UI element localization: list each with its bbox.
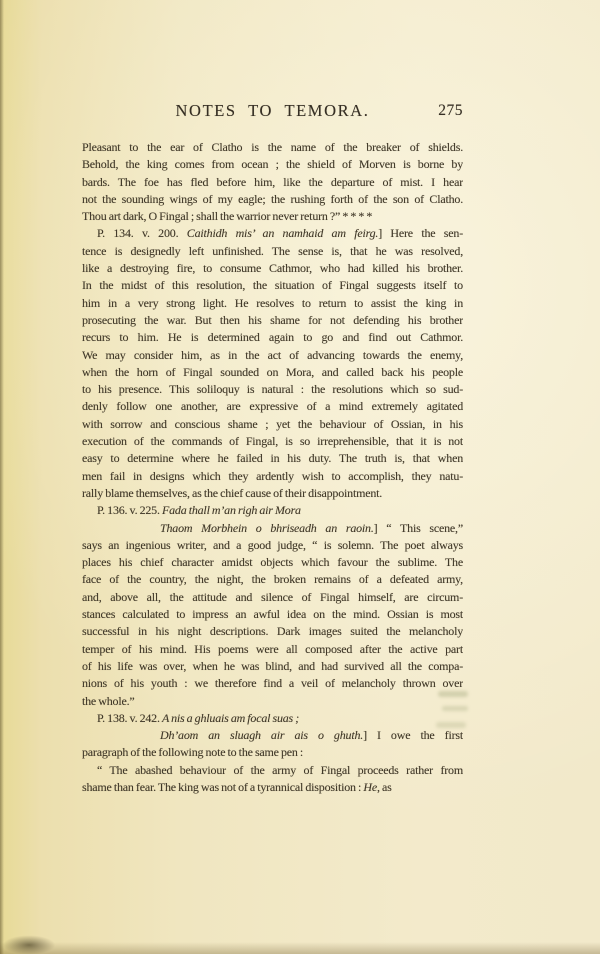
body-text: Thou art dark, O Fingal ; shall the warr… (82, 209, 372, 223)
body-text: denly follow one another, are expressive… (82, 399, 463, 413)
body-text: , as (377, 780, 392, 794)
body-text: not the sounding wings of my eagle; the … (82, 192, 463, 206)
gaelic-italic-text: He (363, 780, 377, 794)
body-text: shame than fear. The king was not of a t… (82, 780, 363, 794)
body-text: like a destroying fire, to consume Cathm… (82, 261, 463, 275)
body-text: bards. The foe has fled before him, like… (82, 175, 463, 189)
text-line: Pleasant to the ear of Clatho is the nam… (82, 139, 463, 156)
text-line: with sorrow and conscious shame ; yet th… (82, 416, 463, 433)
gaelic-italic-text: Fada thall m’an righ air Mora (162, 503, 301, 517)
text-line: P. 134. v. 200. Caithidh mis’ an namhaid… (82, 225, 463, 242)
gaelic-italic-text: A nis a ghluais am focal suas ; (162, 711, 299, 725)
text-line: Thaom Morbhein o bhriseadh an raoin.] “ … (82, 520, 463, 537)
body-text: tence is designedly left unfinished. The… (82, 244, 463, 258)
body-text: ] Here the sen- (378, 226, 463, 240)
body-text: We may consider him, as in the act of ad… (82, 348, 463, 362)
body-text: men fail in designs which they ardently … (82, 469, 463, 483)
text-line: recurs to him. He is determined again to… (82, 329, 463, 346)
gaelic-italic-text: Dh’aom an sluagh air ais o ghuth. (160, 728, 363, 742)
text-line: like a destroying fire, to consume Cathm… (82, 260, 463, 277)
body-text: temper of his mind. His poems were all c… (82, 642, 463, 656)
body-text: In the midst of this resolution, the sit… (82, 278, 463, 292)
body-text: recurs to him. He is determined again to… (82, 330, 463, 344)
text-line: execution of the commands of Fingal, is … (82, 433, 463, 450)
body-text: “ The abashed behaviour of the army of F… (97, 763, 463, 777)
body-text: of his life was over, when he was blind,… (82, 659, 463, 673)
body-text: places his chief character amidst object… (82, 555, 463, 569)
body-text: ] I owe the first (363, 728, 463, 742)
text-line: Dh’aom an sluagh air ais o ghuth.] I owe… (82, 727, 463, 744)
body-text: easy to determine where he failed in his… (82, 451, 463, 465)
text-line: In the midst of this resolution, the sit… (82, 277, 463, 294)
page-header: NOTES TO TEMORA. 275 (82, 101, 463, 121)
body-text: successful in his night descriptions. Da… (82, 624, 463, 638)
corner-smudge (0, 932, 64, 954)
body-text: Behold, the king comes from ocean ; the … (82, 157, 463, 171)
text-line: easy to determine where he failed in his… (82, 450, 463, 467)
body-text: rally blame themselves, as the chief cau… (82, 486, 382, 500)
body-text: Pleasant to the ear of Clatho is the nam… (82, 140, 463, 154)
body-text: when the horn of Fingal sounded on Mora,… (82, 365, 463, 379)
gaelic-italic-text: Caithidh mis’ an namhaid am feirg. (187, 226, 378, 240)
text-line: bards. The foe has fled before him, like… (82, 174, 463, 191)
bottom-edge-shadow (0, 942, 600, 954)
text-line: stances calculated to impress an awful i… (82, 606, 463, 623)
text-line: We may consider him, as in the act of ad… (82, 347, 463, 364)
body-text: the whole.” (82, 694, 135, 708)
scanned-book-page: NOTES TO TEMORA. 275 Pleasant to the ear… (0, 0, 600, 954)
body-text: him in a very strong light. He resolves … (82, 296, 463, 310)
body-text: ] “ This scene,” (374, 521, 463, 535)
page-number: 275 (438, 102, 463, 120)
text-line: paragraph of the following note to the s… (82, 744, 463, 761)
body-text: to his presence. This soliloquy is natur… (82, 382, 463, 396)
body-text: says an ingenious writer, and a good jud… (82, 538, 463, 552)
text-line: when the horn of Fingal sounded on Mora,… (82, 364, 463, 381)
text-line: to his presence. This soliloquy is natur… (82, 381, 463, 398)
text-line: P. 138. v. 242. A nis a ghluais am focal… (82, 710, 463, 727)
ink-showthrough-mark (442, 706, 468, 711)
text-line: men fail in designs which they ardently … (82, 468, 463, 485)
body-text: execution of the commands of Fingal, is … (82, 434, 463, 448)
text-line: and, above all, the attitude and silence… (82, 589, 463, 606)
text-line: shame than fear. The king was not of a t… (82, 779, 463, 796)
body-text: P. 134. v. 200. (97, 226, 187, 240)
text-line: face of the country, the night, the brok… (82, 571, 463, 588)
text-line: rally blame themselves, as the chief cau… (82, 485, 463, 502)
text-line: successful in his night descriptions. Da… (82, 623, 463, 640)
body-text: paragraph of the following note to the s… (82, 745, 303, 759)
body-text: P. 138. v. 242. (97, 711, 162, 725)
body-text: P. 136. v. 225. (97, 503, 162, 517)
text-line: him in a very strong light. He resolves … (82, 295, 463, 312)
running-title: NOTES TO TEMORA. (82, 101, 463, 121)
text-line: says an ingenious writer, and a good jud… (82, 537, 463, 554)
left-edge-shadow (0, 0, 4, 954)
text-line: “ The abashed behaviour of the army of F… (82, 762, 463, 779)
ink-showthrough-mark (436, 722, 466, 728)
text-line: not the sounding wings of my eagle; the … (82, 191, 463, 208)
body-text: prosecuting the war. But then his shame … (82, 313, 463, 327)
gaelic-italic-text: Thaom Morbhein o bhriseadh an raoin. (160, 521, 374, 535)
ink-showthrough-mark (438, 691, 468, 697)
text-line: P. 136. v. 225. Fada thall m’an righ air… (82, 502, 463, 519)
text-line: nions of his youth : we therefore find a… (82, 675, 463, 692)
body-text: face of the country, the night, the brok… (82, 572, 463, 586)
text-line: prosecuting the war. But then his shame … (82, 312, 463, 329)
text-line: denly follow one another, are expressive… (82, 398, 463, 415)
text-line: places his chief character amidst object… (82, 554, 463, 571)
body-text: nions of his youth : we therefore find a… (82, 676, 463, 690)
text-line: Thou art dark, O Fingal ; shall the warr… (82, 208, 463, 225)
body-text: with sorrow and conscious shame ; yet th… (82, 417, 463, 431)
text-line: Behold, the king comes from ocean ; the … (82, 156, 463, 173)
text-block: Pleasant to the ear of Clatho is the nam… (82, 139, 463, 796)
text-line: of his life was over, when he was blind,… (82, 658, 463, 675)
text-line: tence is designedly left unfinished. The… (82, 243, 463, 260)
body-text: stances calculated to impress an awful i… (82, 607, 463, 621)
text-line: the whole.” (82, 693, 463, 710)
text-line: temper of his mind. His poems were all c… (82, 641, 463, 658)
body-text: and, above all, the attitude and silence… (82, 590, 463, 604)
